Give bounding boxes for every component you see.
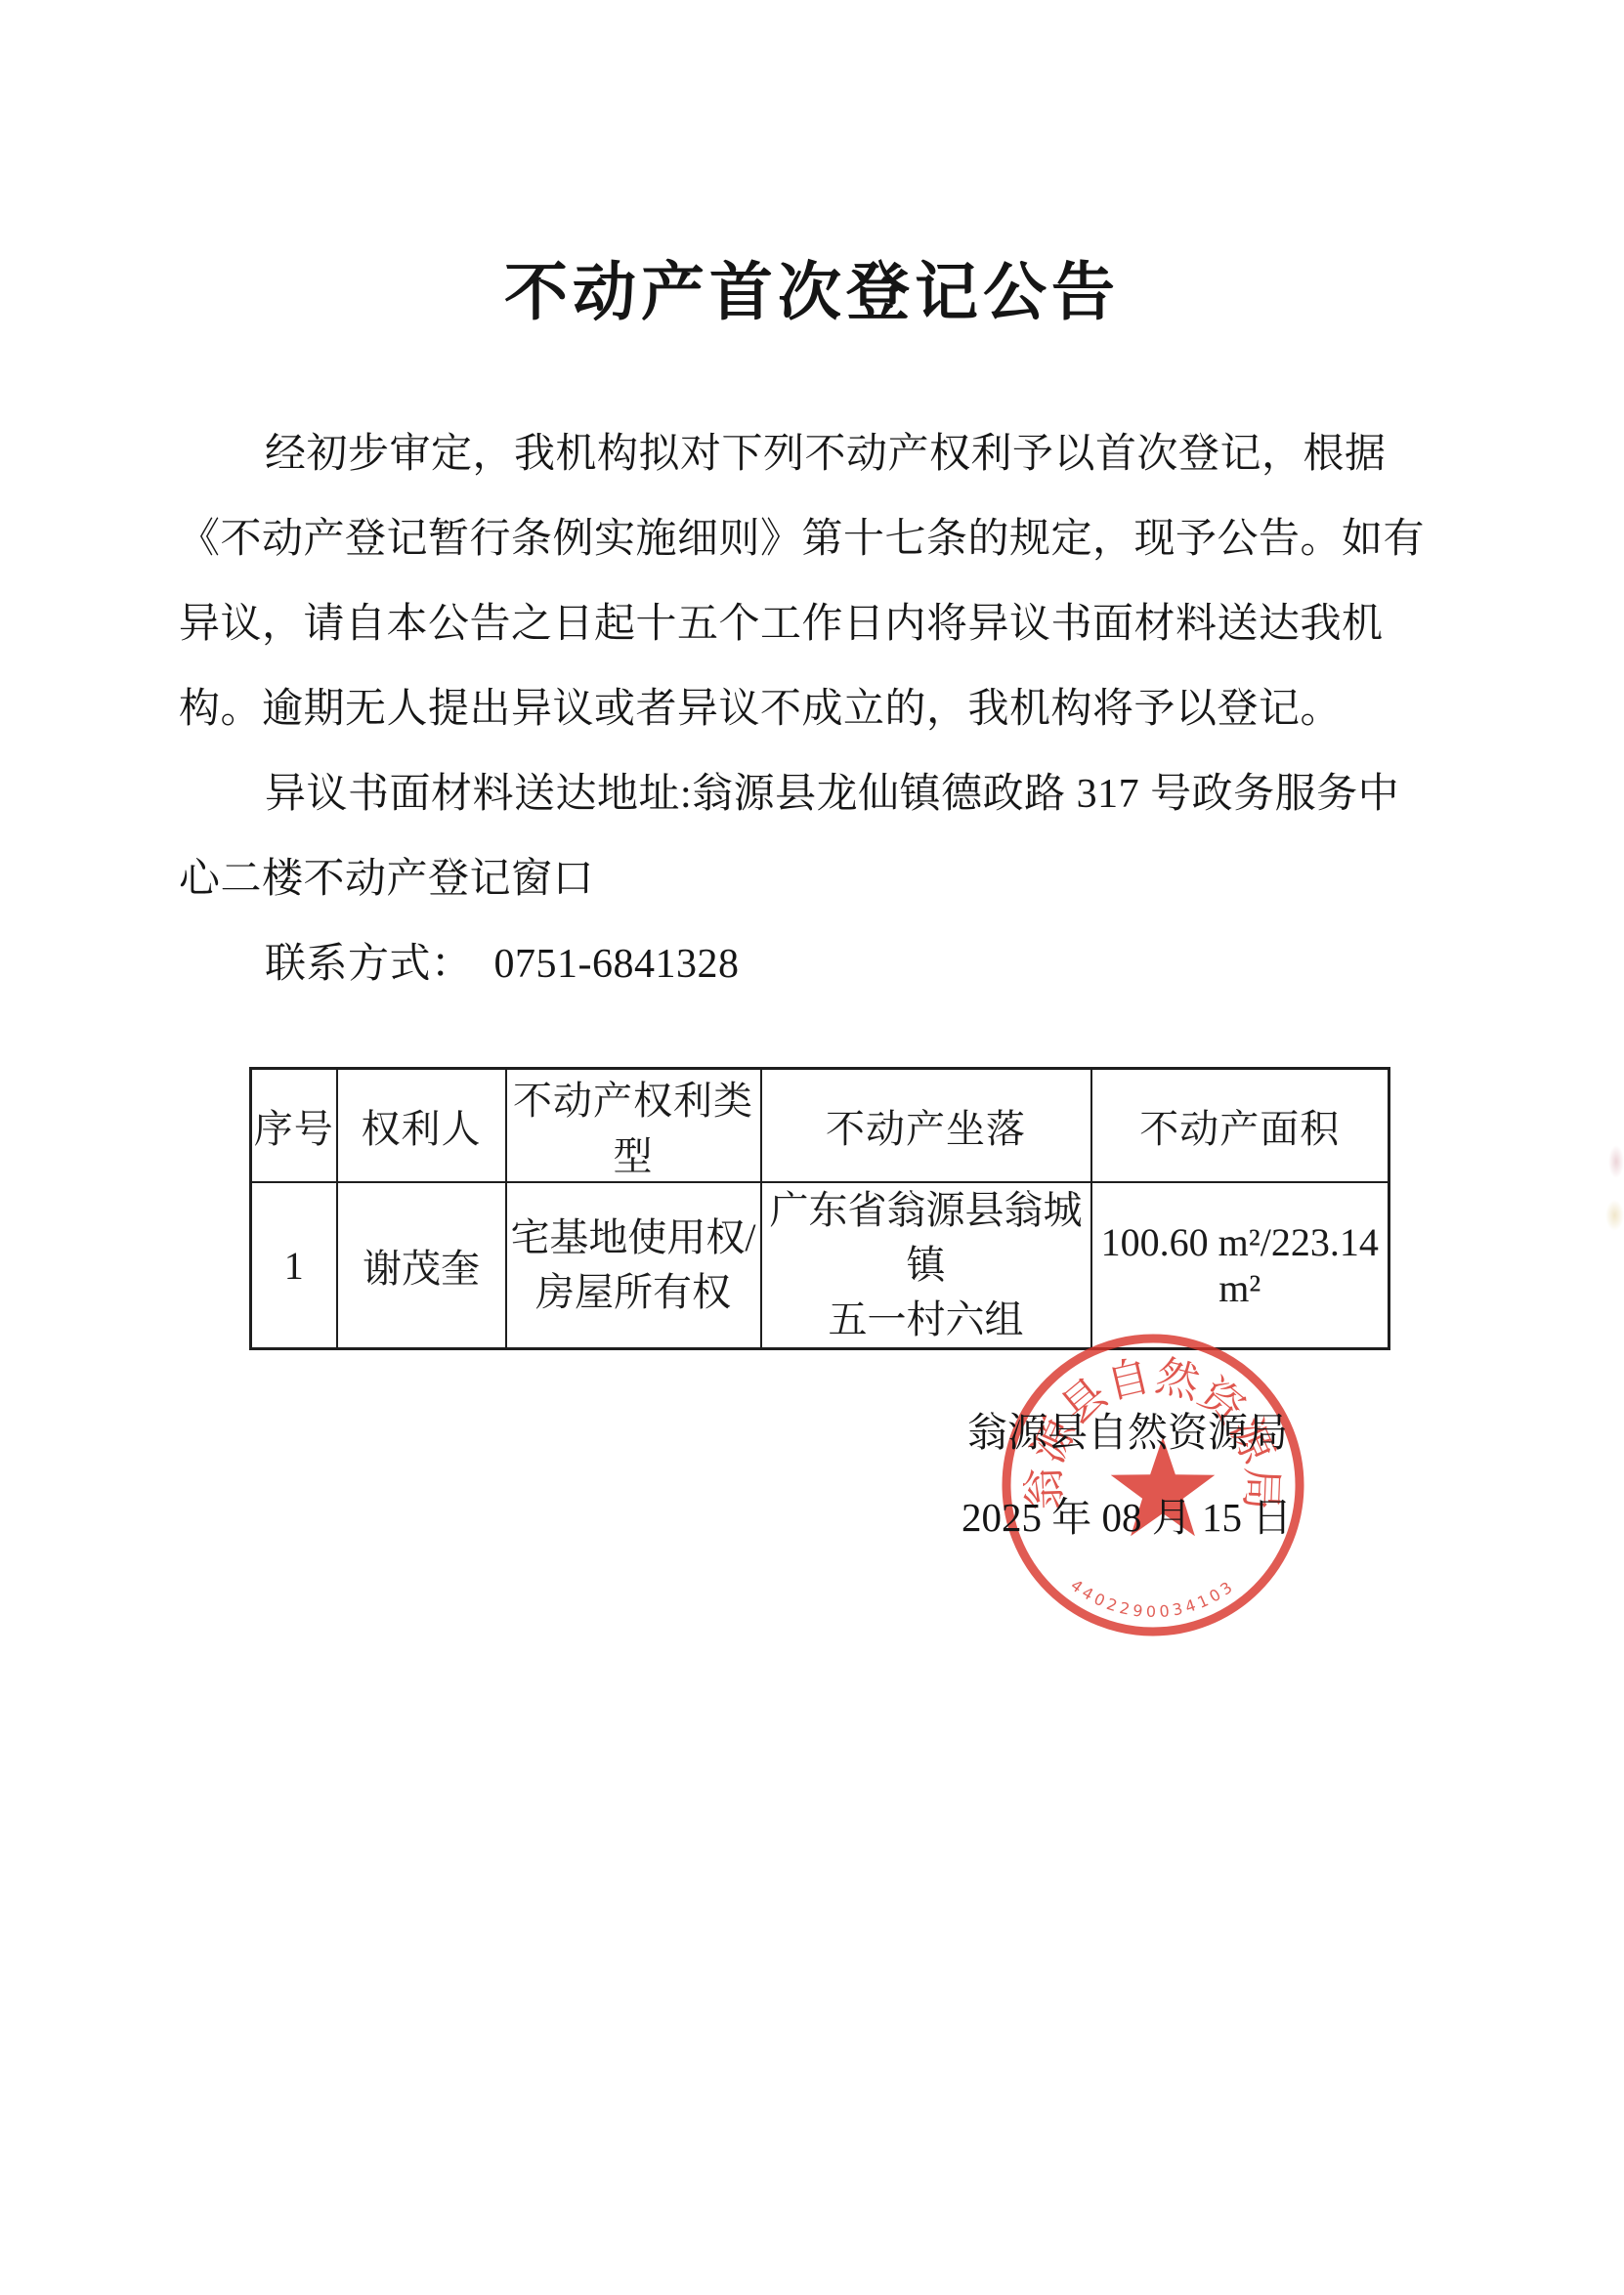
scan-artifact [1605,1200,1624,1231]
body-line: 经初步审定，我机构拟对下列不动产权利予以首次登记，根据 [179,412,1400,497]
cell-holder: 谢茂奎 [337,1182,506,1349]
cell-index: 1 [251,1182,337,1349]
announcement-body: 经初步审定，我机构拟对下列不动产权利予以首次登记，根据 《不动产登记暂行条例实施… [179,412,1400,1007]
scan-artifact [1608,1145,1624,1178]
body-line: 《不动产登记暂行条例实施细则》第十七条的规定，现予公告。如有 [179,497,1400,582]
col-header-holder: 权利人 [337,1069,506,1183]
signature-org: 翁源县自然资源局 [967,1400,1288,1458]
document-page: 不动产首次登记公告 经初步审定，我机构拟对下列不动产权利予以首次登记，根据 《不… [0,0,1624,2295]
cell-right-type: 宅基地使用权/ 房屋所有权 [506,1182,761,1349]
body-line: 心二楼不动产登记窗口 [179,837,1400,922]
page-title: 不动产首次登记公告 [0,240,1624,332]
right-type-line: 房屋所有权 [507,1265,760,1320]
col-header-right-type: 不动产权利类型 [506,1069,761,1183]
table-header-row: 序号 权利人 不动产权利类型 不动产坐落 不动产面积 [251,1069,1389,1183]
body-line: 构。逾期无人提出异议或者异议不成立的，我机构将予以登记。 [179,667,1400,752]
col-header-area: 不动产面积 [1091,1069,1389,1183]
col-header-index: 序号 [251,1069,337,1183]
body-line: 异议书面材料送达地址:翁源县龙仙镇德政路 317 号政务服务中 [179,752,1400,837]
body-line: 异议，请自本公告之日起十五个工作日内将异议书面材料送达我机 [179,582,1400,667]
property-table: 序号 权利人 不动产权利类型 不动产坐落 不动产面积 1 谢茂奎 宅基地使用权/… [249,1067,1390,1350]
col-header-location: 不动产坐落 [761,1069,1091,1183]
location-line: 广东省翁源县翁城镇 [762,1183,1090,1293]
signature-date: 2025 年 08 月 15 日 [962,1485,1292,1543]
contact-line: 联系方式： 0751-6841328 [179,922,1400,1007]
right-type-line: 宅基地使用权/ [507,1211,760,1265]
